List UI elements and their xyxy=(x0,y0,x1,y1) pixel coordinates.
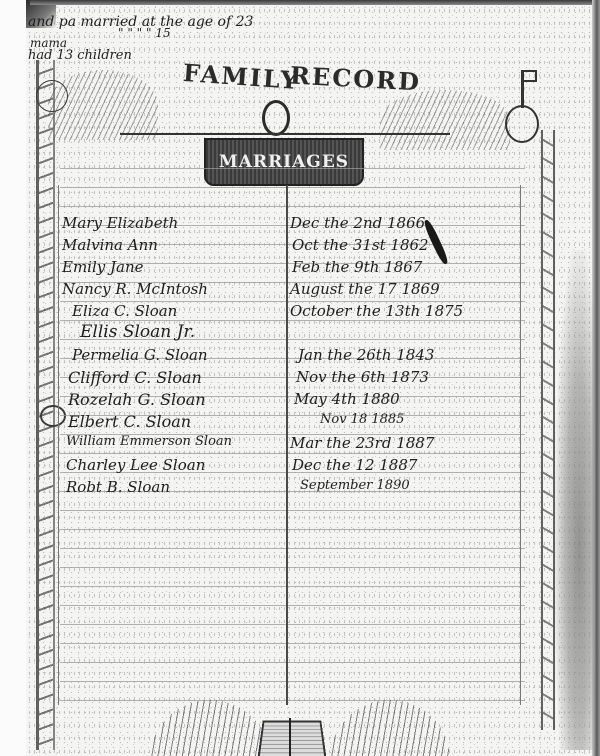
entry-date-2: Oct the 31st 1862 xyxy=(292,236,429,254)
open-bible-icon xyxy=(257,721,328,756)
entry-name-3: Emily Jane xyxy=(62,258,144,276)
center-column-divider xyxy=(286,185,288,705)
entry-name-10: Elbert C. Sloan xyxy=(68,412,191,431)
entry-date-11: Mar the 23rd 1887 xyxy=(290,434,434,452)
entry-date-13: September 1890 xyxy=(300,478,410,493)
entry-name-5: Eliza C. Sloan xyxy=(72,302,177,320)
entry-date-3: Feb the 9th 1867 xyxy=(292,258,422,276)
left-column-border xyxy=(58,185,59,705)
entry-name-11: William Emmerson Sloan xyxy=(66,434,232,449)
entry-date-4: August the 17 1869 xyxy=(290,280,440,298)
entry-date-10: Nov 18 1885 xyxy=(320,412,404,427)
top-right-foliage xyxy=(380,90,510,150)
entry-name-12: Charley Lee Sloan xyxy=(66,456,205,474)
entry-name-7: Permelia G. Sloan xyxy=(72,346,208,364)
right-vine-ornament xyxy=(541,130,555,730)
bird-ring-ornament xyxy=(262,100,290,136)
entry-name-6: Ellis Sloan Jr. xyxy=(80,322,195,342)
corner-flag-icon xyxy=(521,70,537,82)
entry-name-2: Malvina Ann xyxy=(62,236,158,254)
entry-name-13: Robt B. Sloan xyxy=(66,478,170,496)
entry-date-12: Dec the 12 1887 xyxy=(292,456,417,474)
scan-left-margin xyxy=(0,0,26,756)
entry-date-8: Nov the 6th 1873 xyxy=(296,368,429,386)
entry-name-9: Rozelah G. Sloan xyxy=(68,390,206,409)
entry-date-1: Dec the 2nd 1866 xyxy=(290,214,425,232)
entry-date-7: Jan the 26th 1843 xyxy=(298,346,434,364)
scan-shadow-top xyxy=(30,0,600,5)
left-top-ornament xyxy=(36,80,68,112)
entry-name-1: Mary Elizabeth xyxy=(62,214,178,232)
margin-note-2: " " " " 15 xyxy=(118,26,171,40)
entry-name-8: Clifford C. Sloan xyxy=(68,368,202,387)
entry-name-4: Nancy R. McIntosh xyxy=(62,280,208,298)
entry-date-5: October the 13th 1875 xyxy=(290,302,463,320)
corner-ring-icon xyxy=(505,105,539,143)
right-column-border xyxy=(520,185,521,705)
entry-date-9: May 4th 1880 xyxy=(294,390,400,408)
bible-spine xyxy=(289,718,291,756)
right-foliage-shading xyxy=(555,250,595,750)
banner-rod xyxy=(120,133,450,135)
